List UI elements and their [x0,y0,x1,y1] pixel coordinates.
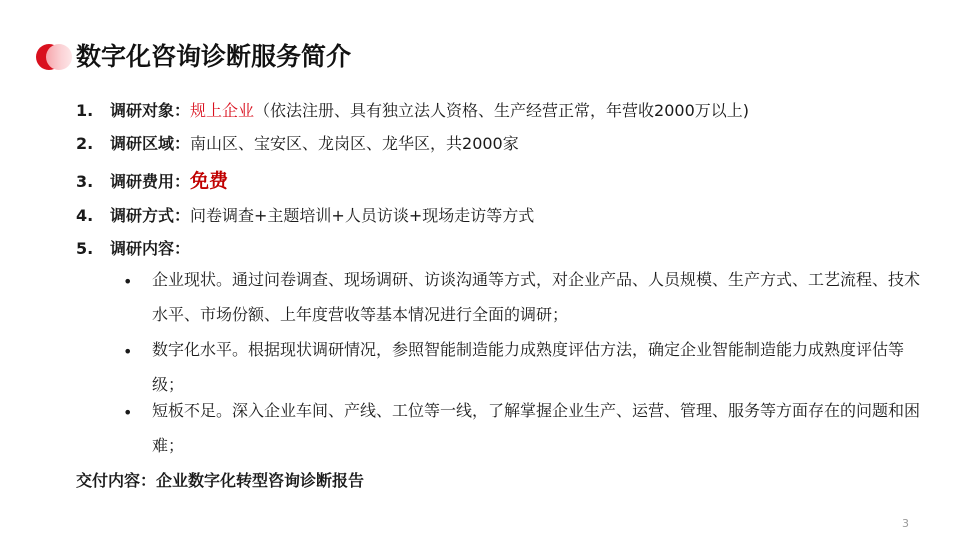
item-highlight: 规上企业 [190,101,254,120]
item-research-content: 5.调研内容： [76,238,190,260]
bullet-icon: • [123,403,132,422]
item-highlight: 免费 [190,170,228,192]
item-number: 3. [76,171,110,193]
item-research-method: 4.调研方式：问卷调查+主题培训+人员访谈+现场走访等方式 [76,205,534,227]
deliverable-text: 交付内容：企业数字化转型咨询诊断报告 [76,470,364,492]
page-title: 数字化咨询诊断服务简介 [76,39,351,75]
item-research-region: 2.调研区域：南山区、宝安区、龙岗区、龙华区，共2000家 [76,133,519,155]
bullet-icon: • [123,272,132,291]
item-label: 调研费用： [110,172,190,191]
item-label: 调研内容： [110,239,190,258]
item-label: 调研方式： [110,206,190,225]
item-text: （依法注册、具有独立法人资格、生产经营正常，年营收2000万以上) [254,101,749,120]
item-label: 调研区域： [110,134,190,153]
item-research-target: 1.调研对象：规上企业（依法注册、具有独立法人资格、生产经营正常，年营收2000… [76,100,749,122]
bullet-text-digital-level: 数字化水平。根据现状调研情况，参照智能制造能力成熟度评估方法，确定企业智能制造能… [152,332,922,402]
item-number: 1. [76,100,110,122]
page-number: 3 [902,517,909,530]
item-label: 调研对象： [110,101,190,120]
logo-light-circle [46,44,72,70]
item-text: 问卷调查+主题培训+人员访谈+现场走访等方式 [190,206,534,225]
item-number: 5. [76,238,110,260]
item-number: 2. [76,133,110,155]
item-research-fee: 3.调研费用：免费 [76,170,228,193]
item-number: 4. [76,205,110,227]
logo-circles-icon [36,44,76,70]
bullet-icon: • [123,342,132,361]
item-text: 南山区、宝安区、龙岗区、龙华区，共2000家 [190,134,519,153]
bullet-text-shortcomings: 短板不足。深入企业车间、产线、工位等一线，了解掌握企业生产、运营、管理、服务等方… [152,393,922,463]
bullet-text-current-status: 企业现状。通过问卷调查、现场调研、访谈沟通等方式，对企业产品、人员规模、生产方式… [152,262,922,332]
